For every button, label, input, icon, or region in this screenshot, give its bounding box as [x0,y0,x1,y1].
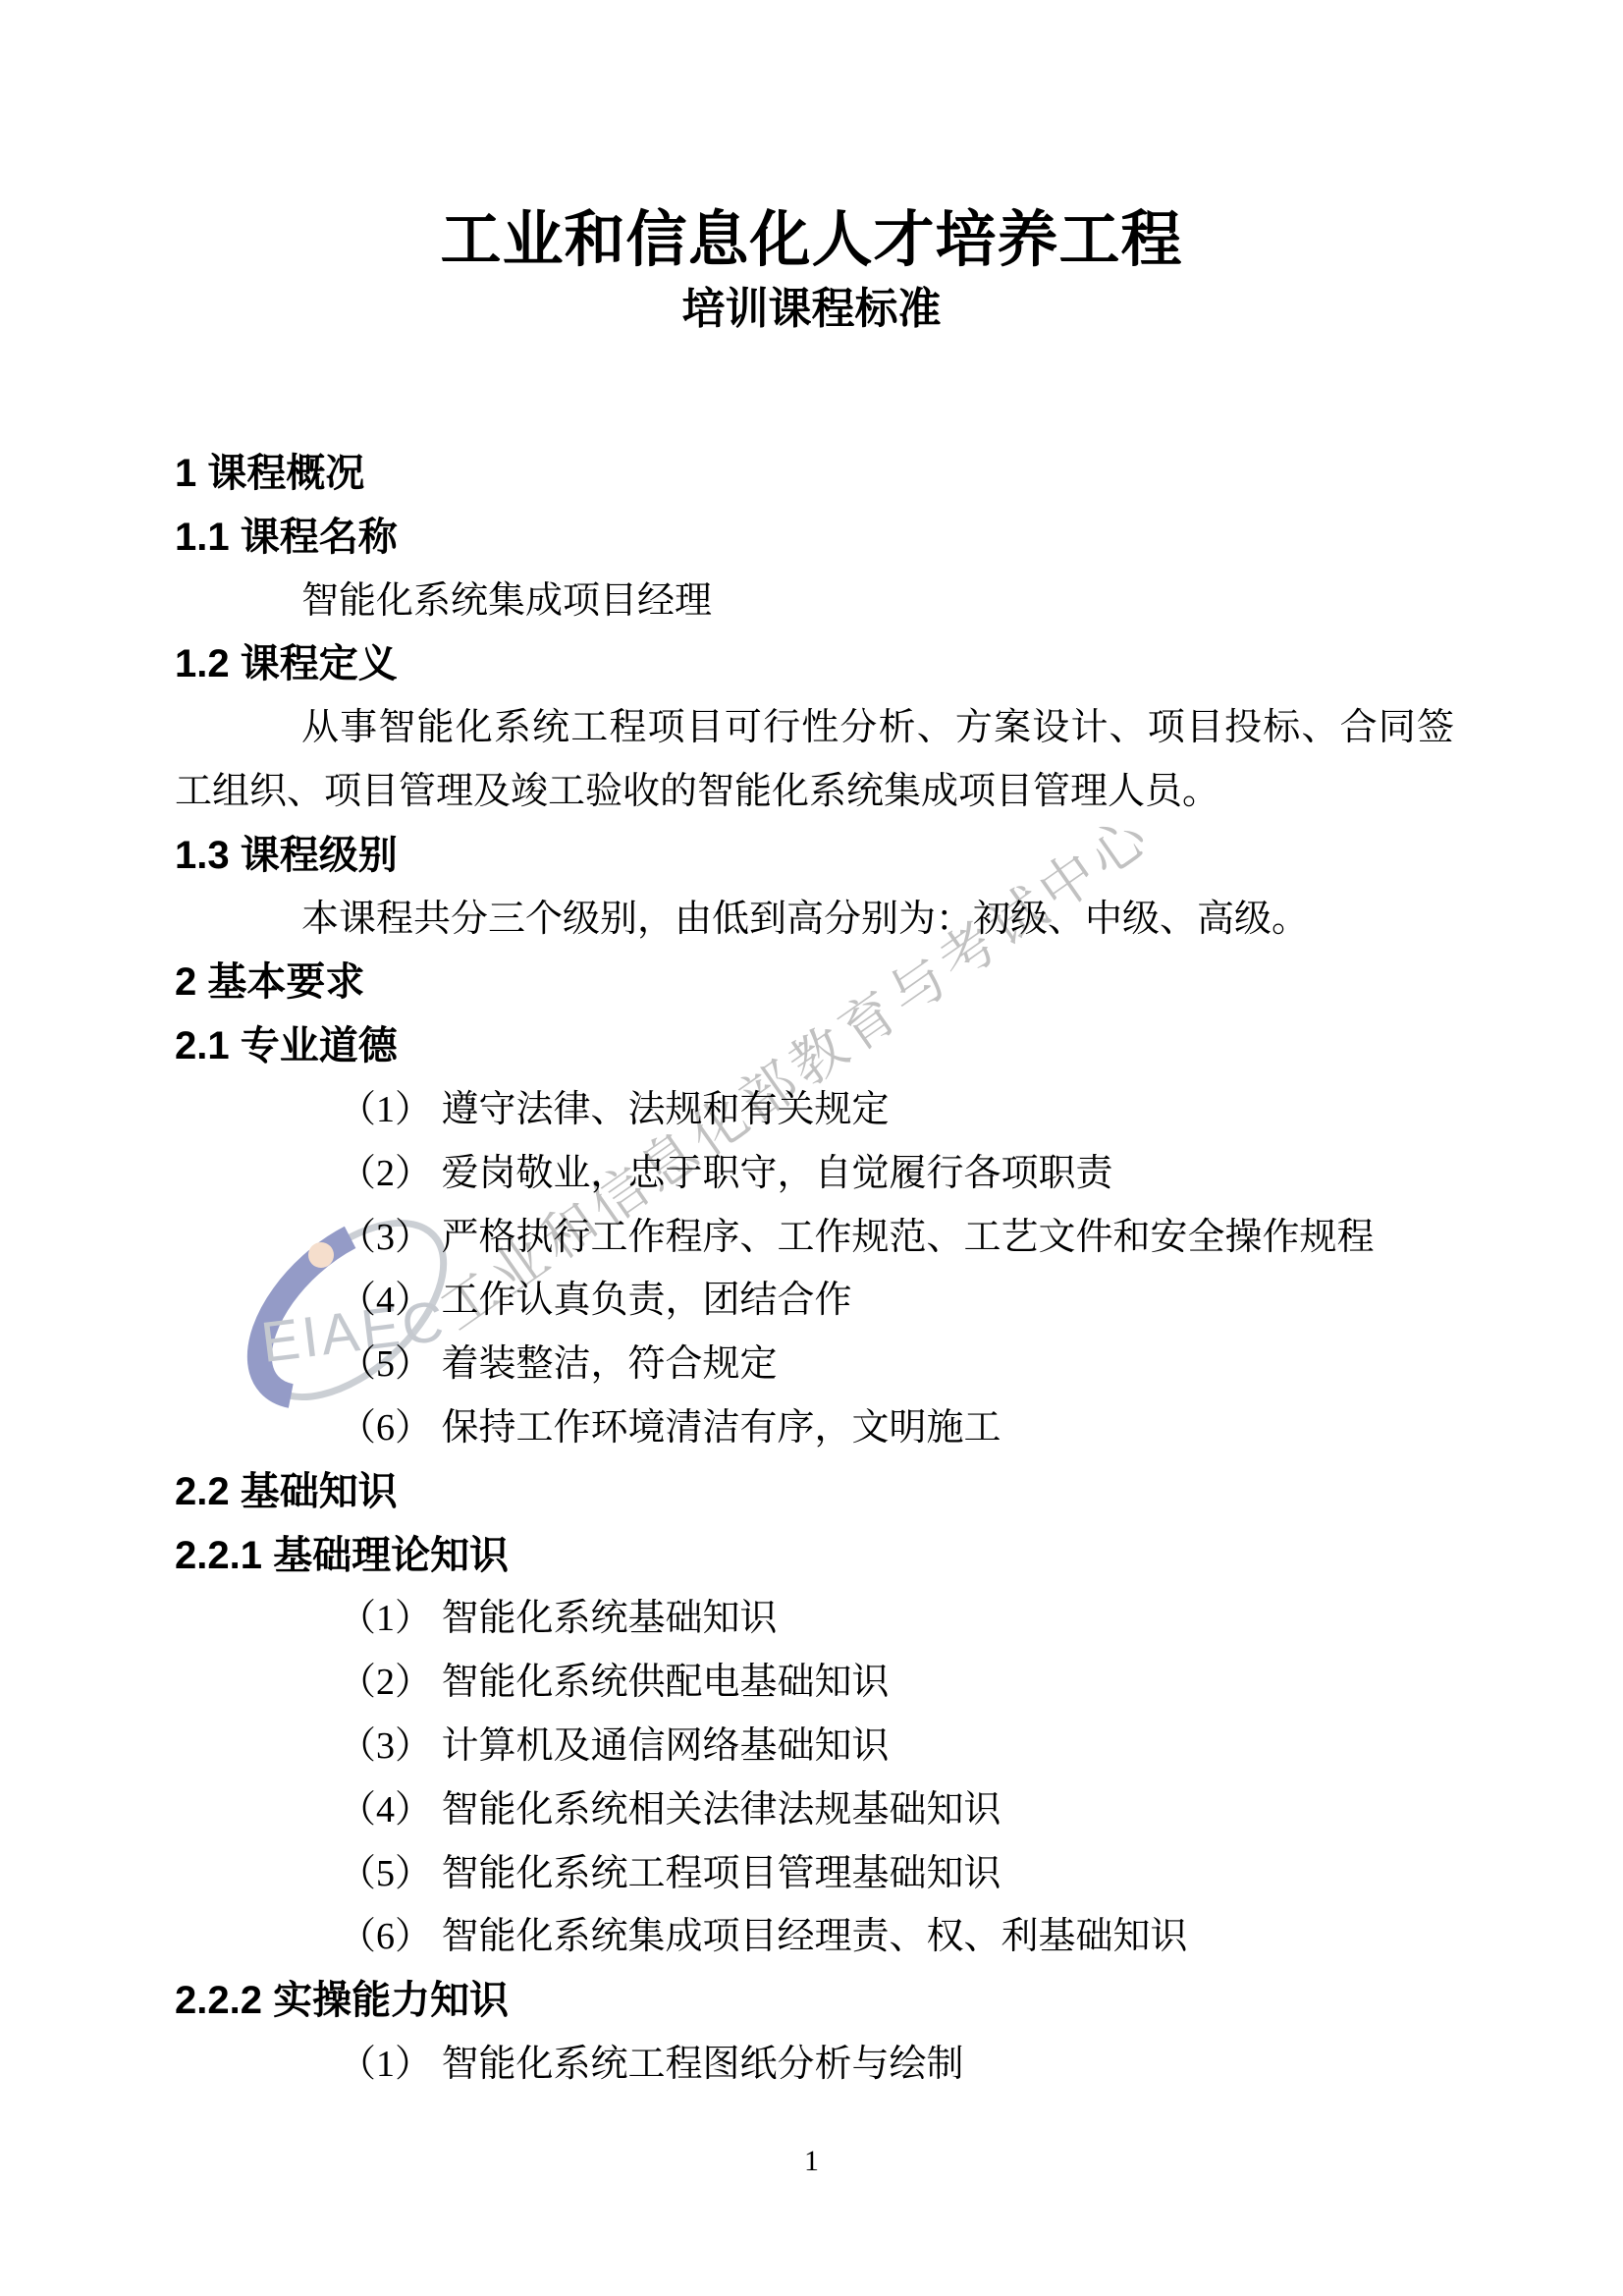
heading-2-2-1: 2.2.1 基础理论知识 [175,1524,1454,1588]
page-number: 1 [804,2145,819,2177]
title-block: 工业和信息化人才培养工程 培训课程标准 [0,200,1623,338]
heading-1: 1 课程概况 [175,442,1454,506]
ethics-item: （1） 遵守法律、法规和有关规定 [175,1078,1454,1142]
theory-item: （2） 智能化系统供配电基础知识 [175,1651,1454,1715]
heading-2: 2 基本要求 [175,951,1454,1014]
document-title: 工业和信息化人才培养工程 [0,200,1623,281]
theory-item: （3） 计算机及通信网络基础知识 [175,1715,1454,1778]
page-footer: 1 [0,2145,1623,2178]
practice-item: （1） 智能化系统工程图纸分析与绘制 [175,2033,1454,2097]
ethics-item: （3） 严格执行工作程序、工作规范、工艺文件和安全操作规程 [175,1206,1454,1270]
definition-paragraph-line1: 从事智能化系统工程项目可行性分析、方案设计、项目投标、合同签订、施 [175,696,1454,760]
levels-paragraph: 本课程共分三个级别，由低到高分别为：初级、中级、高级。 [175,888,1454,952]
theory-item: （5） 智能化系统工程项目管理基础知识 [175,1842,1454,1906]
theory-item: （4） 智能化系统相关法律法规基础知识 [175,1778,1454,1842]
heading-2-2-2: 2.2.2 实操能力知识 [175,1969,1454,2033]
document-body: 1 课程概况 1.1 课程名称 智能化系统集成项目经理 1.2 课程定义 从事智… [175,442,1454,2097]
theory-item: （6） 智能化系统集成项目经理责、权、利基础知识 [175,1905,1454,1969]
document-subtitle: 培训课程标准 [0,281,1623,338]
ethics-item: （2） 爱岗敬业，忠于职守，自觉履行各项职责 [175,1142,1454,1206]
ethics-item: （4） 工作认真负责，团结合作 [175,1269,1454,1333]
heading-2-2: 2.2 基础知识 [175,1460,1454,1524]
ethics-item: （5） 着装整洁，符合规定 [175,1333,1454,1396]
definition-paragraph-line2: 工组织、项目管理及竣工验收的智能化系统集成项目管理人员。 [175,760,1454,824]
heading-1-2: 1.2 课程定义 [175,632,1454,696]
ethics-item: （6） 保持工作环境清洁有序，文明施工 [175,1396,1454,1460]
heading-1-3: 1.3 课程级别 [175,824,1454,888]
theory-item: （1） 智能化系统基础知识 [175,1587,1454,1651]
document-page: EIAEC 工业和信息化部教育与考试中心 工业和信息化人才培养工程 培训课程标准… [0,0,1623,2296]
heading-1-1: 1.1 课程名称 [175,506,1454,570]
course-name-paragraph: 智能化系统集成项目经理 [175,570,1454,633]
heading-2-1: 2.1 专业道德 [175,1014,1454,1078]
